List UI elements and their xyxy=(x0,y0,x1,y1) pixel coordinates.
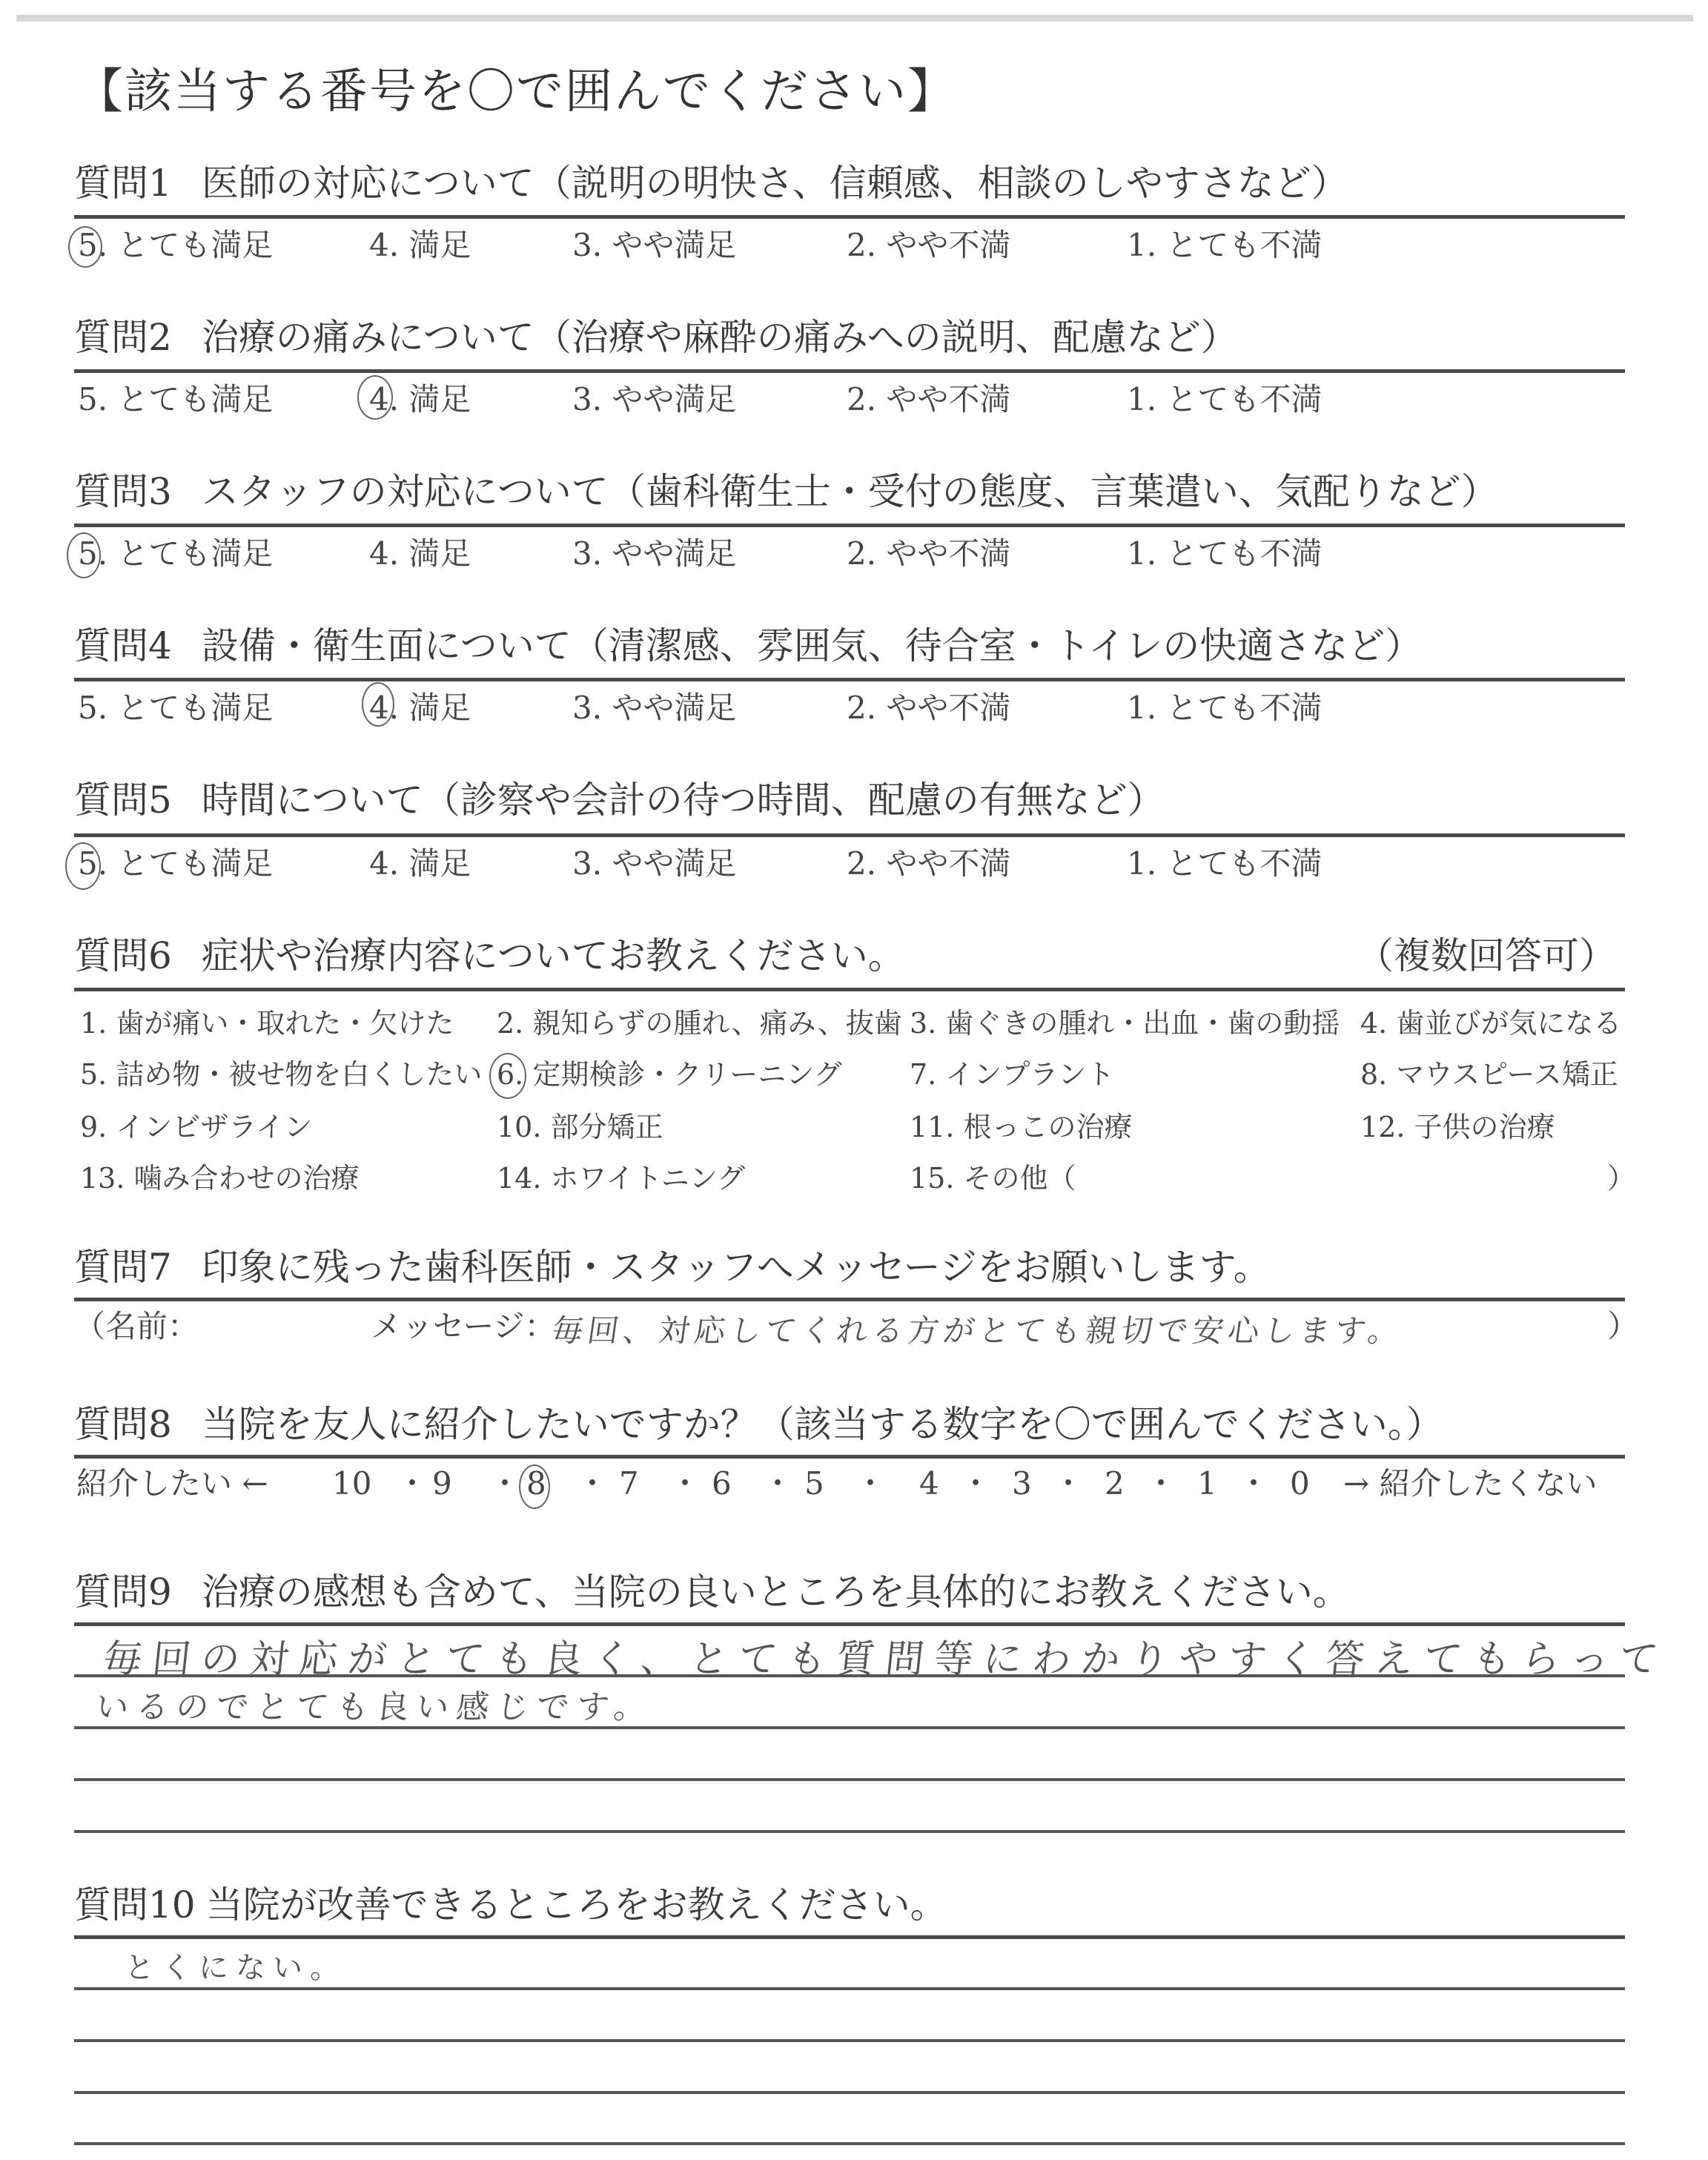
q8-score-2[interactable]: 2 xyxy=(1105,1466,1125,1502)
q7-text: 印象に残った歯科医師・スタッフへメッセージをお願いします。 xyxy=(202,1246,1271,1289)
q6-rule xyxy=(74,988,1625,991)
q5-option-1[interactable]: 1. とても不満 xyxy=(1127,846,1322,882)
q6-option-13[interactable]: 13. 噛み合わせの治療 xyxy=(80,1160,360,1196)
q3-option-5[interactable]: 5. とても満足 xyxy=(78,536,273,572)
q5-option-4[interactable]: 4. 満足 xyxy=(369,846,471,882)
q6-option-14[interactable]: 14. ホワイトニング xyxy=(497,1160,745,1196)
q8-score-9[interactable]: 9 xyxy=(432,1466,452,1502)
q6-option-1[interactable]: 1. 歯が痛い・取れた・欠けた xyxy=(80,1005,454,1041)
q8-rule xyxy=(74,1455,1625,1459)
q3-text: スタッフの対応について（歯科衛生士・受付の態度、言葉遣い、気配りなど） xyxy=(202,470,1498,513)
q7-rule xyxy=(74,1298,1625,1301)
q6-selected-circle xyxy=(489,1053,526,1099)
q1-option-2[interactable]: 2. やや不満 xyxy=(847,228,1010,263)
q3-heading: 質問3スタッフの対応について（歯科衛生士・受付の態度、言葉遣い、気配りなど） xyxy=(74,470,1498,513)
q5-option-5[interactable]: 5. とても満足 xyxy=(78,846,273,882)
q3-selected-circle xyxy=(67,532,101,578)
q2-option-5[interactable]: 5. とても満足 xyxy=(78,382,273,417)
q8-score-0[interactable]: 0 xyxy=(1290,1466,1310,1502)
q8-text: 当院を友人に紹介したいですか？（該当する数字を〇で囲んでください。） xyxy=(202,1403,1443,1446)
q5-rule xyxy=(74,833,1625,837)
q1-text: 医師の対応について（説明の明快さ、信頼感、相談のしやすさなど） xyxy=(202,162,1348,205)
q6-option-8[interactable]: 8. マウスピース矯正 xyxy=(1360,1057,1618,1092)
q8-score-3[interactable]: 3 xyxy=(1012,1466,1032,1502)
q6-text: 症状や治療内容についてお教えください。 xyxy=(202,934,905,977)
q8-sep: ・ xyxy=(489,1466,520,1502)
q1-option-3[interactable]: 3. やや満足 xyxy=(572,228,736,263)
q6-label: 質問6 xyxy=(74,934,172,977)
q8-score-6[interactable]: 6 xyxy=(712,1466,732,1502)
q8-sep: ・ xyxy=(669,1466,701,1502)
q6-heading: 質問6症状や治療内容についてお教えください。 xyxy=(74,934,905,977)
q8-sep: ・ xyxy=(397,1466,428,1502)
q9-text: 治療の感想も含めて、当院の良いところを具体的にお教えください。 xyxy=(202,1571,1350,1614)
q7-close-paren: ） xyxy=(1607,1309,1638,1344)
q3-option-4[interactable]: 4. 満足 xyxy=(369,536,471,572)
q5-heading: 質問5時間について（診察や会計の待つ時間、配慮の有無など） xyxy=(74,779,1165,822)
q1-heading: 質問1医師の対応について（説明の明快さ、信頼感、相談のしやすさなど） xyxy=(74,162,1348,205)
q10-answer-rule xyxy=(74,2039,1625,2042)
q7-label: 質問7 xyxy=(74,1246,172,1289)
scan-top-border xyxy=(16,15,1693,22)
q1-label: 質問1 xyxy=(74,162,172,205)
q9-heading: 質問9治療の感想も含めて、当院の良いところを具体的にお教えください。 xyxy=(74,1571,1350,1614)
q4-label: 質問4 xyxy=(74,624,172,667)
q6-multiple-note: （複数回答可） xyxy=(1357,934,1616,977)
q4-option-3[interactable]: 3. やや満足 xyxy=(572,690,736,726)
q6-option-11[interactable]: 11. 根っこの治療 xyxy=(910,1109,1133,1145)
q8-sep: ・ xyxy=(762,1466,793,1502)
q8-score-5[interactable]: 5 xyxy=(804,1466,824,1502)
q9-answer-rule xyxy=(74,1726,1625,1729)
q6-option-15[interactable]: 15. その他（ xyxy=(910,1160,1076,1196)
q6-option-9[interactable]: 9. インビザライン xyxy=(80,1109,312,1145)
q2-option-3[interactable]: 3. やや満足 xyxy=(572,382,736,417)
q4-option-2[interactable]: 2. やや不満 xyxy=(847,690,1010,726)
q7-message-label: メッセージ： xyxy=(371,1309,555,1344)
q1-option-4[interactable]: 4. 満足 xyxy=(369,228,471,263)
q2-label: 質問2 xyxy=(74,316,172,359)
q9-answer-line-2[interactable]: いるのでとても良い感じです。 xyxy=(94,1680,657,1728)
q5-option-2[interactable]: 2. やや不満 xyxy=(847,846,1010,882)
q5-text: 時間について（診察や会計の待つ時間、配慮の有無など） xyxy=(202,779,1165,822)
q8-sep: ・ xyxy=(855,1466,886,1502)
q9-answer-rule xyxy=(74,1674,1625,1677)
q2-option-1[interactable]: 1. とても不満 xyxy=(1127,382,1322,417)
q2-rule xyxy=(74,369,1625,373)
q10-answer-line-1[interactable]: とくにない。 xyxy=(125,1944,347,1986)
q10-answer-rule xyxy=(74,2091,1625,2094)
q8-sep: ・ xyxy=(1053,1466,1084,1502)
q6-option-5[interactable]: 5. 詰め物・被せ物を白くしたい xyxy=(80,1057,482,1092)
q6-option-10[interactable]: 10. 部分矯正 xyxy=(497,1109,663,1145)
q2-text: 治療の痛みについて（治療や麻酔の痛みへの説明、配慮など） xyxy=(202,316,1238,359)
q6-option-2[interactable]: 2. 親知らずの腫れ、痛み、抜歯 xyxy=(497,1005,902,1041)
q5-label: 質問5 xyxy=(74,779,172,822)
q6-option-15-close: ） xyxy=(1607,1160,1635,1196)
q8-selected-circle xyxy=(519,1464,550,1509)
q9-answer-rule xyxy=(74,1778,1625,1781)
q10-answer-rule xyxy=(74,2142,1625,2145)
q1-option-1[interactable]: 1. とても不満 xyxy=(1127,228,1322,263)
q2-selected-circle xyxy=(357,375,393,420)
q4-rule xyxy=(74,678,1625,681)
q8-sep: ・ xyxy=(1145,1466,1176,1502)
q7-name-label: （名前： xyxy=(74,1309,199,1344)
q1-option-5[interactable]: 5. とても満足 xyxy=(78,228,273,263)
q10-label: 質問10 xyxy=(74,1883,196,1926)
q3-option-2[interactable]: 2. やや不満 xyxy=(847,536,1010,572)
form-title: 【該当する番号を〇で囲んでください】 xyxy=(76,65,956,119)
q3-label: 質問3 xyxy=(74,470,172,513)
q3-option-1[interactable]: 1. とても不満 xyxy=(1127,536,1322,572)
q6-option-4[interactable]: 4. 歯並びが気になる xyxy=(1360,1005,1621,1041)
q2-option-2[interactable]: 2. やや不満 xyxy=(847,382,1010,417)
q8-score-7[interactable]: 7 xyxy=(619,1466,639,1502)
q2-heading: 質問2治療の痛みについて（治療や麻酔の痛みへの説明、配慮など） xyxy=(74,316,1238,359)
q6-option-3[interactable]: 3. 歯ぐきの腫れ・出血・歯の動揺 xyxy=(910,1005,1340,1041)
q10-rule xyxy=(74,1935,1625,1939)
q10-text: 当院が改善できるところをお教えください。 xyxy=(206,1883,947,1926)
q9-rule xyxy=(74,1622,1625,1626)
q4-text: 設備・衛生面について（清潔感、雰囲気、待合室・トイレの快適さなど） xyxy=(202,624,1423,667)
q8-heading: 質問8当院を友人に紹介したいですか？（該当する数字を〇で囲んでください。） xyxy=(74,1403,1443,1446)
q8-sep: ・ xyxy=(577,1466,608,1502)
q9-label: 質問9 xyxy=(74,1571,172,1614)
q1-rule xyxy=(74,215,1625,219)
q1-selected-circle xyxy=(68,226,102,268)
q4-option-1[interactable]: 1. とても不満 xyxy=(1127,690,1322,726)
q9-answer-rule xyxy=(74,1830,1625,1833)
q3-rule xyxy=(74,524,1625,527)
q6-option-7[interactable]: 7. インプラント xyxy=(910,1057,1114,1092)
q8-right-label: → 紹介したくない xyxy=(1343,1466,1598,1502)
q10-heading: 質問10当院が改善できるところをお教えください。 xyxy=(74,1883,947,1926)
q5-option-3[interactable]: 3. やや満足 xyxy=(572,846,736,882)
q4-heading: 質問4設備・衛生面について（清潔感、雰囲気、待合室・トイレの快適さなど） xyxy=(74,624,1422,667)
q8-left-label: 紹介したい ← xyxy=(76,1466,268,1502)
q5-selected-circle xyxy=(65,842,101,890)
q4-selected-circle xyxy=(362,682,394,727)
q10-answer-rule xyxy=(74,1987,1625,1990)
q8-score-4[interactable]: 4 xyxy=(919,1466,939,1502)
q7-heading: 質問7印象に残った歯科医師・スタッフへメッセージをお願いします。 xyxy=(74,1246,1271,1289)
q8-label: 質問8 xyxy=(74,1403,172,1446)
q8-score-1[interactable]: 1 xyxy=(1197,1466,1217,1502)
q8-sep: ・ xyxy=(1238,1466,1269,1502)
q3-option-3[interactable]: 3. やや満足 xyxy=(572,536,736,572)
q8-sep: ・ xyxy=(960,1466,991,1502)
q6-option-12[interactable]: 12. 子供の治療 xyxy=(1360,1109,1555,1145)
q4-option-5[interactable]: 5. とても満足 xyxy=(78,690,273,726)
q8-score-10[interactable]: 10 xyxy=(332,1466,371,1502)
q7-message-handwritten[interactable]: 毎回、対応してくれる方がとても親切で安心します。 xyxy=(549,1307,1407,1351)
q6-option-6[interactable]: 6. 定期検診・クリーニング xyxy=(497,1057,842,1092)
